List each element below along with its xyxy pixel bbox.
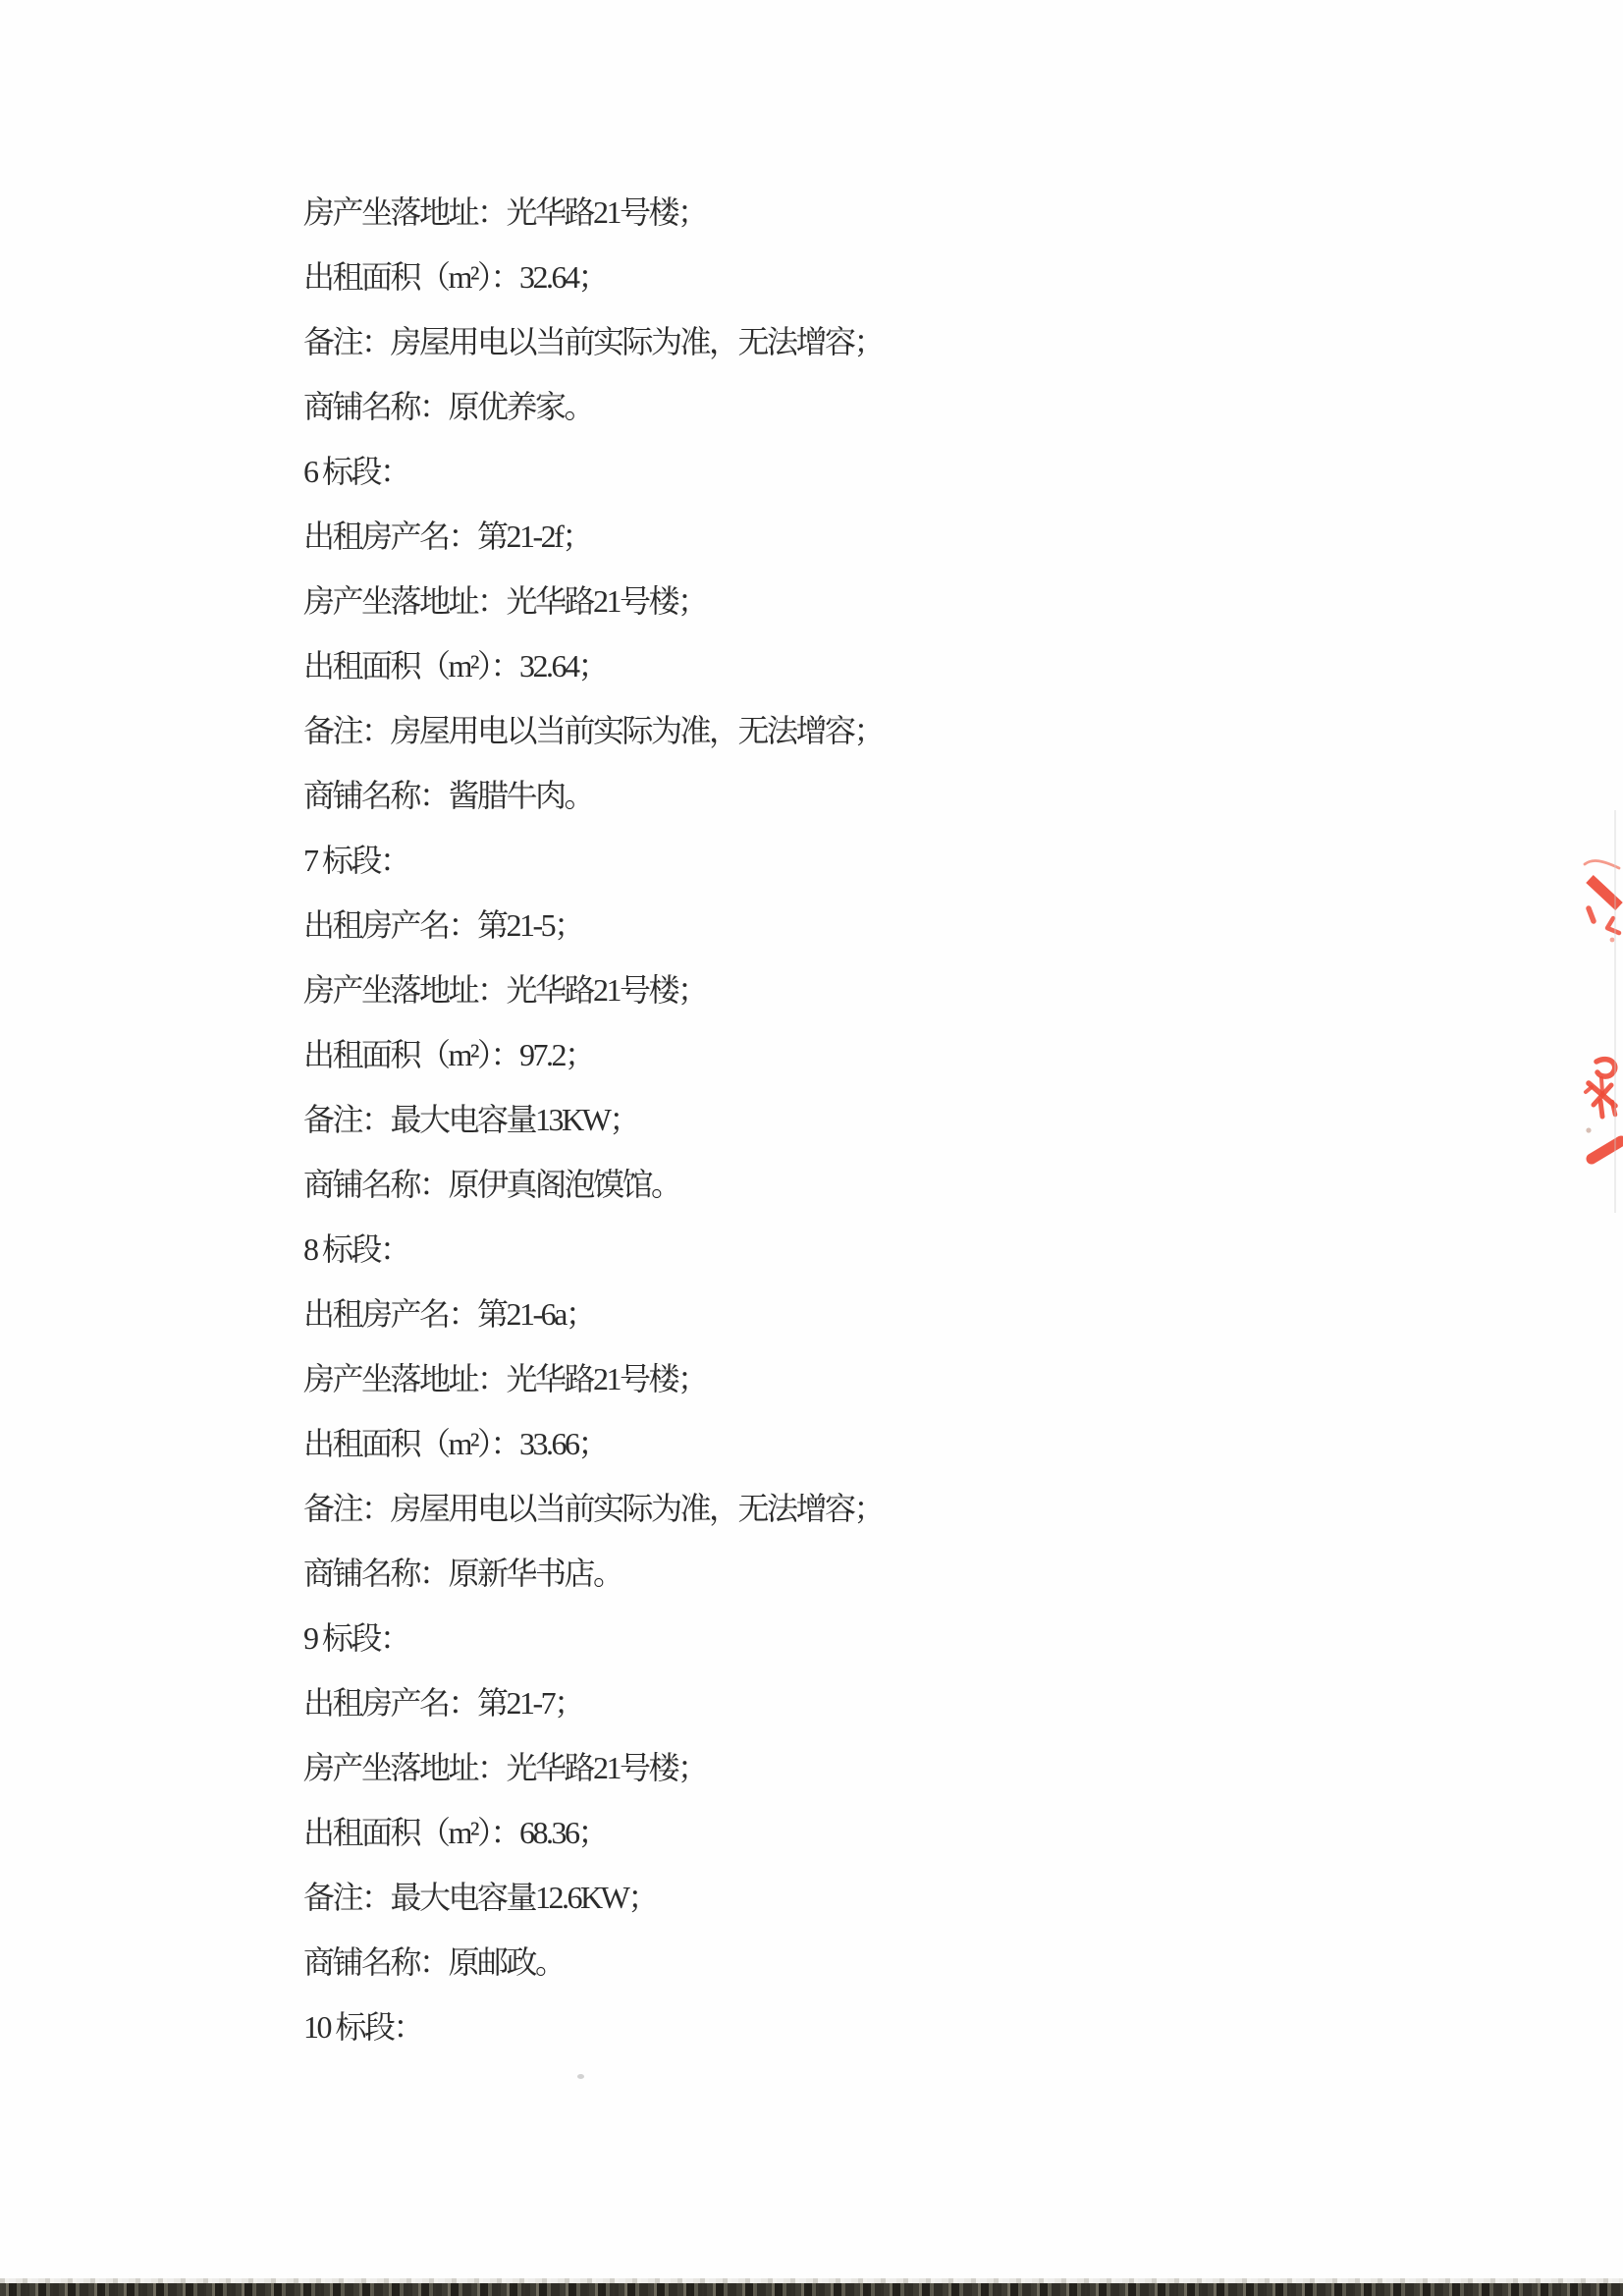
text-line: 出租面积（m²）：97.2； xyxy=(303,1035,883,1074)
text-line: 商铺名称：原优养家。 xyxy=(303,387,883,426)
text-line: 8 标段： xyxy=(303,1230,883,1269)
text-line: 10 标段： xyxy=(303,2007,883,2047)
text-line: 房产坐落地址：光华路21号楼； xyxy=(303,581,883,621)
text-line: 6 标段： xyxy=(303,452,883,491)
text-line: 备注：最大电容量13KW； xyxy=(303,1100,883,1139)
text-line: 商铺名称：原伊真阁泡馍馆。 xyxy=(303,1165,883,1204)
text-line: 房产坐落地址：光华路21号楼； xyxy=(303,1359,883,1398)
scan-speck xyxy=(577,2074,584,2079)
text-line: 房产坐落地址：光华路21号楼； xyxy=(303,192,883,232)
text-line: 商铺名称：酱腊牛肉。 xyxy=(303,776,883,815)
text-line: 出租面积（m²）：32.64； xyxy=(303,257,883,297)
text-line: 出租面积（m²）：68.36； xyxy=(303,1813,883,1852)
text-line: 出租面积（m²）：32.64； xyxy=(303,646,883,685)
text-line: 房产坐落地址：光华路21号楼； xyxy=(303,970,883,1010)
document-page: 房产坐落地址：光华路21号楼；出租面积（m²）：32.64；备注：房屋用电以当前… xyxy=(0,0,1623,2296)
text-line: 9 标段： xyxy=(303,1618,883,1658)
text-line: 备注：房屋用电以当前实际为准，无法增容； xyxy=(303,1489,883,1528)
scanner-edge-artifact xyxy=(0,2283,1623,2296)
text-line: 出租房产名：第21-2f； xyxy=(303,517,883,556)
text-line: 出租房产名：第21-7； xyxy=(303,1683,883,1722)
text-line: 备注：房屋用电以当前实际为准，无法增容； xyxy=(303,711,883,750)
text-line: 商铺名称：原新华书店。 xyxy=(303,1554,883,1593)
text-line: 商铺名称：原邮政。 xyxy=(303,1942,883,1982)
text-line: 7 标段： xyxy=(303,841,883,880)
text-line: 房产坐落地址：光华路21号楼； xyxy=(303,1748,883,1787)
document-text: 房产坐落地址：光华路21号楼；出租面积（m²）：32.64；备注：房屋用电以当前… xyxy=(303,192,883,2072)
text-line: 出租房产名：第21-6a； xyxy=(303,1294,883,1334)
text-line: 备注：最大电容量12.6KW； xyxy=(303,1878,883,1917)
scan-fold-line xyxy=(1614,810,1616,1213)
text-line: 出租面积（m²）：33.66； xyxy=(303,1424,883,1463)
text-line: 出租房产名：第21-5； xyxy=(303,905,883,945)
text-line: 备注：房屋用电以当前实际为准，无法增容； xyxy=(303,322,883,361)
